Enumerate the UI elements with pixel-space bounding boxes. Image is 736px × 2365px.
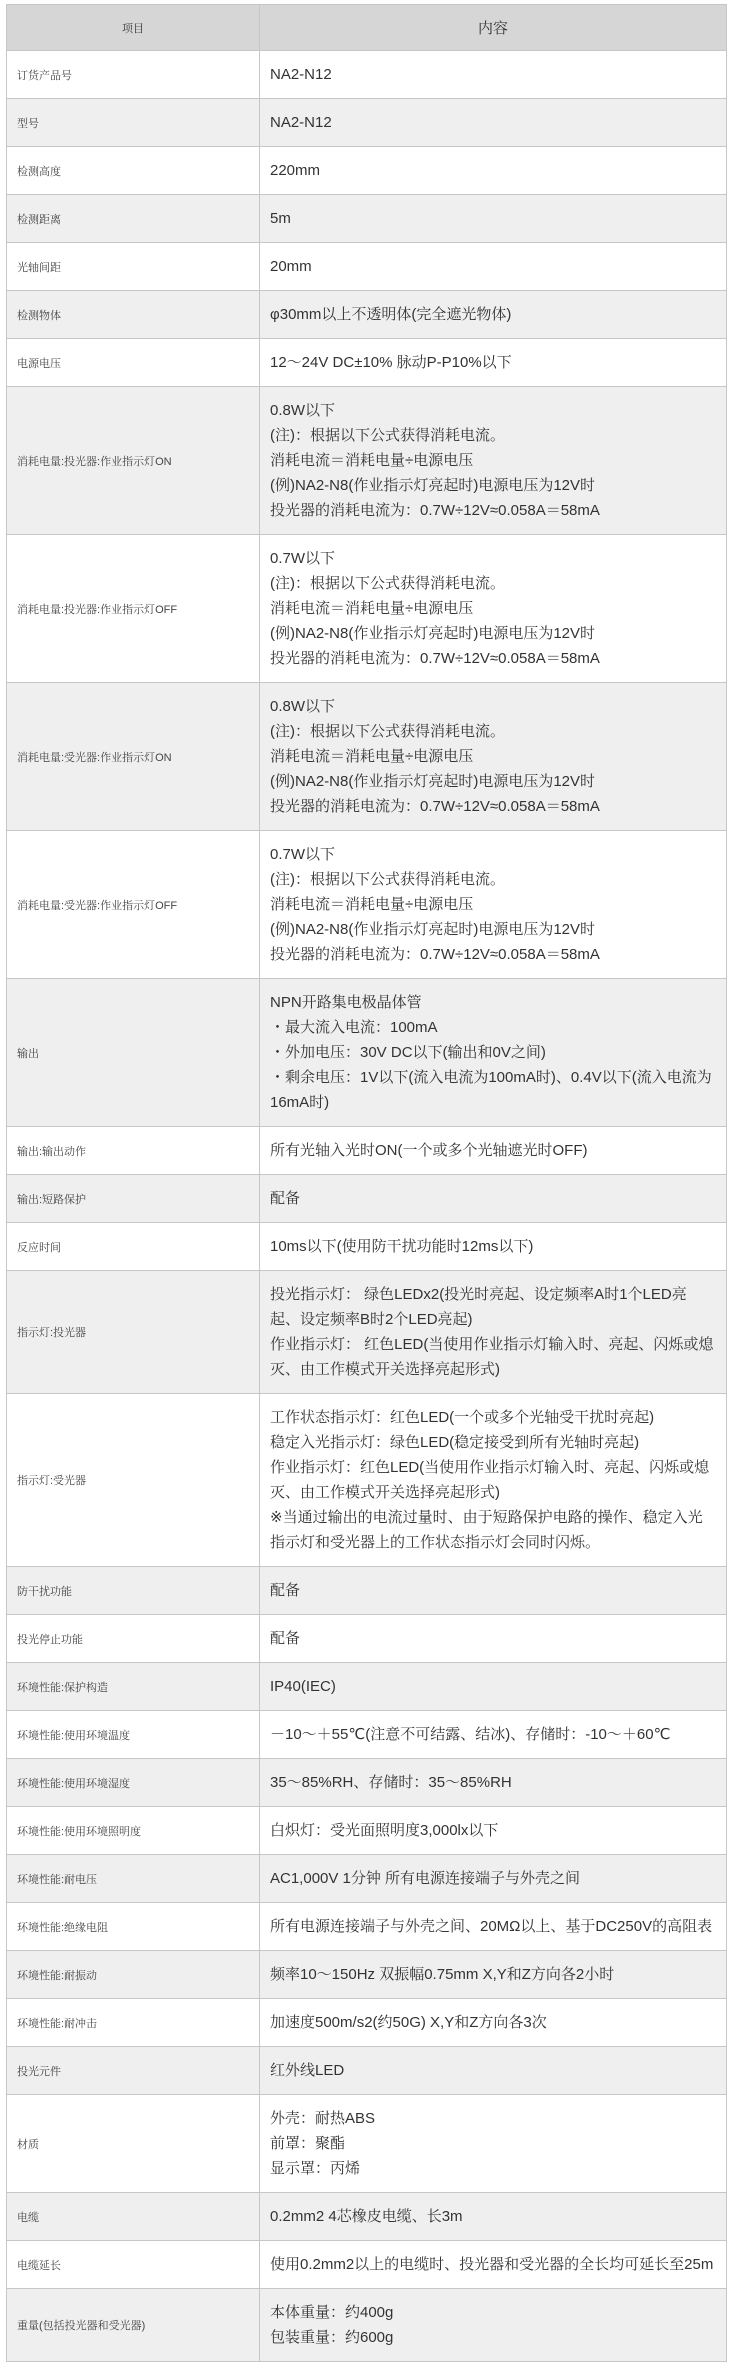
row-value: NA2-N12: [260, 51, 727, 99]
table-row: 电缆延长使用0.2mm2以上的电缆时、投光器和受光器的全长均可延长至25m: [7, 2241, 727, 2289]
spec-table-body: 订货产品号NA2-N12型号NA2-N12检测高度220mm检测距离5m光轴间距…: [7, 51, 727, 2362]
value-line: 所有电源连接端子与外壳之间、20MΩ以上、基于DC250V的高阻表: [270, 1914, 716, 1939]
row-label: 防干扰功能: [7, 1567, 260, 1615]
row-label: 环境性能:耐振动: [7, 1951, 260, 1999]
row-label: 消耗电量:受光器:作业指示灯ON: [7, 683, 260, 831]
value-line: 加速度500m/s2(约50G) X,Y和Z方向各3次: [270, 2010, 716, 2035]
row-value: 红外线LED: [260, 2047, 727, 2095]
row-value: 35～85%RH、存储时：35～85%RH: [260, 1759, 727, 1807]
value-line: (例)NA2-N8(作业指示灯亮起时)电源电压为12V时: [270, 621, 716, 646]
value-line: ・外加电压：30V DC以下(输出和0V之间): [270, 1040, 716, 1065]
value-line: 频率10～150Hz 双振幅0.75mm X,Y和Z方向各2小时: [270, 1962, 716, 1987]
table-row: 光轴间距20mm: [7, 243, 727, 291]
table-row: 消耗电量:受光器:作业指示灯ON0.8W以下(注)：根据以下公式获得消耗电流。消…: [7, 683, 727, 831]
value-line: 35～85%RH、存储时：35～85%RH: [270, 1770, 716, 1795]
table-row: 电源电压12～24V DC±10% 脉动P-P10%以下: [7, 339, 727, 387]
value-line: 投光器的消耗电流为：0.7W÷12V≈0.058A＝58mA: [270, 942, 716, 967]
table-row: 重量(包括投光器和受光器)本体重量：约400g包装重量：约600g: [7, 2289, 727, 2362]
row-value: 工作状态指示灯：红色LED(一个或多个光轴受干扰时亮起)稳定入光指示灯：绿色LE…: [260, 1394, 727, 1567]
table-row: 型号NA2-N12: [7, 99, 727, 147]
row-value: 0.7W以下(注)：根据以下公式获得消耗电流。消耗电流＝消耗电量÷电源电压(例)…: [260, 535, 727, 683]
table-row: 环境性能:绝缘电阻所有电源连接端子与外壳之间、20MΩ以上、基于DC250V的高…: [7, 1903, 727, 1951]
value-line: －10～＋55℃(注意不可结露、结冰)、存储时：-10～＋60℃: [270, 1722, 716, 1747]
table-row: 环境性能:使用环境温度－10～＋55℃(注意不可结露、结冰)、存储时：-10～＋…: [7, 1711, 727, 1759]
table-row: 材质外壳：耐热ABS前罩：聚酯显示罩：丙烯: [7, 2095, 727, 2193]
row-value: 12～24V DC±10% 脉动P-P10%以下: [260, 339, 727, 387]
value-line: AC1,000V 1分钟 所有电源连接端子与外壳之间: [270, 1866, 716, 1891]
row-label: 检测高度: [7, 147, 260, 195]
row-label: 型号: [7, 99, 260, 147]
row-value: 使用0.2mm2以上的电缆时、投光器和受光器的全长均可延长至25m: [260, 2241, 727, 2289]
value-line: 工作状态指示灯：红色LED(一个或多个光轴受干扰时亮起): [270, 1405, 716, 1430]
value-line: (例)NA2-N8(作业指示灯亮起时)电源电压为12V时: [270, 473, 716, 498]
row-label: 指示灯:受光器: [7, 1394, 260, 1567]
row-label: 检测距离: [7, 195, 260, 243]
row-value: 5m: [260, 195, 727, 243]
value-line: NA2-N12: [270, 110, 716, 135]
row-value: NPN开路集电极晶体管・最大流入电流：100mA・外加电压：30V DC以下(输…: [260, 979, 727, 1127]
row-label: 订货产品号: [7, 51, 260, 99]
value-line: (例)NA2-N8(作业指示灯亮起时)电源电压为12V时: [270, 769, 716, 794]
row-label: 输出:短路保护: [7, 1175, 260, 1223]
row-value: 所有光轴入光时ON(一个或多个光轴遮光时OFF): [260, 1127, 727, 1175]
table-row: 消耗电量:受光器:作业指示灯OFF0.7W以下(注)：根据以下公式获得消耗电流。…: [7, 831, 727, 979]
value-line: 0.2mm2 4芯橡皮电缆、长3m: [270, 2204, 716, 2229]
value-line: 显示罩：丙烯: [270, 2156, 716, 2181]
table-row: 检测物体φ30mm以上不透明体(完全遮光物体): [7, 291, 727, 339]
row-value: φ30mm以上不透明体(完全遮光物体): [260, 291, 727, 339]
value-line: 红外线LED: [270, 2058, 716, 2083]
row-value: 外壳：耐热ABS前罩：聚酯显示罩：丙烯: [260, 2095, 727, 2193]
row-label: 消耗电量:投光器:作业指示灯OFF: [7, 535, 260, 683]
value-line: 使用0.2mm2以上的电缆时、投光器和受光器的全长均可延长至25m: [270, 2252, 716, 2277]
value-line: 消耗电流＝消耗电量÷电源电压: [270, 892, 716, 917]
value-line: 12～24V DC±10% 脉动P-P10%以下: [270, 350, 716, 375]
row-label: 电缆延长: [7, 2241, 260, 2289]
value-line: 包装重量：约600g: [270, 2325, 716, 2350]
table-row: 消耗电量:投光器:作业指示灯ON0.8W以下(注)：根据以下公式获得消耗电流。消…: [7, 387, 727, 535]
value-line: (注)：根据以下公式获得消耗电流。: [270, 571, 716, 596]
table-row: 环境性能:使用环境照明度白炽灯：受光面照明度3,000lx以下: [7, 1807, 727, 1855]
row-label: 环境性能:耐电压: [7, 1855, 260, 1903]
value-line: 消耗电流＝消耗电量÷电源电压: [270, 744, 716, 769]
table-row: 环境性能:使用环境湿度35～85%RH、存储时：35～85%RH: [7, 1759, 727, 1807]
table-row: 环境性能:耐电压AC1,000V 1分钟 所有电源连接端子与外壳之间: [7, 1855, 727, 1903]
row-value: 20mm: [260, 243, 727, 291]
row-label: 输出:输出动作: [7, 1127, 260, 1175]
value-line: 投光指示灯： 绿色LEDx2(投光时亮起、设定频率A时1个LED亮起、设定频率B…: [270, 1282, 716, 1332]
row-label: 输出: [7, 979, 260, 1127]
value-line: 10ms以下(使用防干扰功能时12ms以下): [270, 1234, 716, 1259]
row-label: 重量(包括投光器和受光器): [7, 2289, 260, 2362]
table-row: 输出NPN开路集电极晶体管・最大流入电流：100mA・外加电压：30V DC以下…: [7, 979, 727, 1127]
row-label: 环境性能:使用环境湿度: [7, 1759, 260, 1807]
row-label: 检测物体: [7, 291, 260, 339]
value-line: 配备: [270, 1186, 716, 1211]
row-value: NA2-N12: [260, 99, 727, 147]
value-line: 作业指示灯： 红色LED(当使用作业指示灯输入时、亮起、闪烁或熄灭、由工作模式开…: [270, 1332, 716, 1382]
row-value: IP40(IEC): [260, 1663, 727, 1711]
value-line: (注)：根据以下公式获得消耗电流。: [270, 423, 716, 448]
row-value: 10ms以下(使用防干扰功能时12ms以下): [260, 1223, 727, 1271]
value-line: 20mm: [270, 254, 716, 279]
value-line: 0.8W以下: [270, 694, 716, 719]
row-value: 配备: [260, 1175, 727, 1223]
value-line: 0.7W以下: [270, 842, 716, 867]
row-label: 电源电压: [7, 339, 260, 387]
table-row: 输出:短路保护配备: [7, 1175, 727, 1223]
value-line: 作业指示灯：红色LED(当使用作业指示灯输入时、亮起、闪烁或熄灭、由工作模式开关…: [270, 1455, 716, 1505]
row-label: 光轴间距: [7, 243, 260, 291]
value-line: 5m: [270, 206, 716, 231]
value-line: NPN开路集电极晶体管: [270, 990, 716, 1015]
row-value: 所有电源连接端子与外壳之间、20MΩ以上、基于DC250V的高阻表: [260, 1903, 727, 1951]
row-label: 反应时间: [7, 1223, 260, 1271]
value-line: 投光器的消耗电流为：0.7W÷12V≈0.058A＝58mA: [270, 794, 716, 819]
row-value: 0.8W以下(注)：根据以下公式获得消耗电流。消耗电流＝消耗电量÷电源电压(例)…: [260, 387, 727, 535]
value-line: ※当通过输出的电流过量时、由于短路保护电路的操作、稳定入光指示灯和受光器上的工作…: [270, 1505, 716, 1555]
value-line: (例)NA2-N8(作业指示灯亮起时)电源电压为12V时: [270, 917, 716, 942]
value-line: 配备: [270, 1626, 716, 1651]
row-value: 220mm: [260, 147, 727, 195]
row-label: 电缆: [7, 2193, 260, 2241]
row-value: 本体重量：约400g包装重量：约600g: [260, 2289, 727, 2362]
value-line: 本体重量：约400g: [270, 2300, 716, 2325]
row-label: 指示灯:投光器: [7, 1271, 260, 1394]
header-row: 项目 内容: [7, 5, 727, 51]
row-label: 环境性能:保护构造: [7, 1663, 260, 1711]
row-value: 频率10～150Hz 双振幅0.75mm X,Y和Z方向各2小时: [260, 1951, 727, 1999]
value-line: IP40(IEC): [270, 1674, 716, 1699]
row-value: 0.8W以下(注)：根据以下公式获得消耗电流。消耗电流＝消耗电量÷电源电压(例)…: [260, 683, 727, 831]
row-value: 0.7W以下(注)：根据以下公式获得消耗电流。消耗电流＝消耗电量÷电源电压(例)…: [260, 831, 727, 979]
value-line: 消耗电流＝消耗电量÷电源电压: [270, 596, 716, 621]
table-row: 输出:输出动作所有光轴入光时ON(一个或多个光轴遮光时OFF): [7, 1127, 727, 1175]
row-value: 配备: [260, 1567, 727, 1615]
value-line: φ30mm以上不透明体(完全遮光物体): [270, 302, 716, 327]
value-line: 220mm: [270, 158, 716, 183]
value-line: 投光器的消耗电流为：0.7W÷12V≈0.058A＝58mA: [270, 498, 716, 523]
value-line: 0.7W以下: [270, 546, 716, 571]
row-value: 配备: [260, 1615, 727, 1663]
table-row: 投光停止功能配备: [7, 1615, 727, 1663]
table-row: 检测高度220mm: [7, 147, 727, 195]
spec-table: 项目 内容 订货产品号NA2-N12型号NA2-N12检测高度220mm检测距离…: [6, 4, 727, 2362]
row-label: 材质: [7, 2095, 260, 2193]
value-line: NA2-N12: [270, 62, 716, 87]
value-line: 投光器的消耗电流为：0.7W÷12V≈0.058A＝58mA: [270, 646, 716, 671]
row-value: 加速度500m/s2(约50G) X,Y和Z方向各3次: [260, 1999, 727, 2047]
row-label: 环境性能:绝缘电阻: [7, 1903, 260, 1951]
table-row: 指示灯:受光器工作状态指示灯：红色LED(一个或多个光轴受干扰时亮起)稳定入光指…: [7, 1394, 727, 1567]
table-row: 消耗电量:投光器:作业指示灯OFF0.7W以下(注)：根据以下公式获得消耗电流。…: [7, 535, 727, 683]
row-value: 白炽灯：受光面照明度3,000lx以下: [260, 1807, 727, 1855]
value-line: (注)：根据以下公式获得消耗电流。: [270, 719, 716, 744]
table-row: 检测距离5m: [7, 195, 727, 243]
table-row: 投光元件红外线LED: [7, 2047, 727, 2095]
value-line: 稳定入光指示灯：绿色LED(稳定接受到所有光轴时亮起): [270, 1430, 716, 1455]
row-label: 环境性能:耐冲击: [7, 1999, 260, 2047]
header-content: 内容: [260, 5, 727, 51]
header-item: 项目: [7, 5, 260, 51]
value-line: 外壳：耐热ABS: [270, 2106, 716, 2131]
value-line: 0.8W以下: [270, 398, 716, 423]
table-row: 反应时间10ms以下(使用防干扰功能时12ms以下): [7, 1223, 727, 1271]
table-row: 电缆0.2mm2 4芯橡皮电缆、长3m: [7, 2193, 727, 2241]
table-row: 防干扰功能配备: [7, 1567, 727, 1615]
table-row: 环境性能:耐振动频率10～150Hz 双振幅0.75mm X,Y和Z方向各2小时: [7, 1951, 727, 1999]
row-value: AC1,000V 1分钟 所有电源连接端子与外壳之间: [260, 1855, 727, 1903]
value-line: 消耗电流＝消耗电量÷电源电压: [270, 448, 716, 473]
row-label: 环境性能:使用环境照明度: [7, 1807, 260, 1855]
table-row: 环境性能:保护构造IP40(IEC): [7, 1663, 727, 1711]
row-value: －10～＋55℃(注意不可结露、结冰)、存储时：-10～＋60℃: [260, 1711, 727, 1759]
row-label: 投光停止功能: [7, 1615, 260, 1663]
row-label: 消耗电量:投光器:作业指示灯ON: [7, 387, 260, 535]
value-line: 配备: [270, 1578, 716, 1603]
value-line: ・剩余电压：1V以下(流入电流为100mA时)、0.4V以下(流入电流为16mA…: [270, 1065, 716, 1115]
row-label: 环境性能:使用环境温度: [7, 1711, 260, 1759]
table-row: 订货产品号NA2-N12: [7, 51, 727, 99]
table-row: 指示灯:投光器投光指示灯： 绿色LEDx2(投光时亮起、设定频率A时1个LED亮…: [7, 1271, 727, 1394]
row-label: 消耗电量:受光器:作业指示灯OFF: [7, 831, 260, 979]
value-line: 前罩：聚酯: [270, 2131, 716, 2156]
value-line: ・最大流入电流：100mA: [270, 1015, 716, 1040]
table-row: 环境性能:耐冲击加速度500m/s2(约50G) X,Y和Z方向各3次: [7, 1999, 727, 2047]
value-line: 白炽灯：受光面照明度3,000lx以下: [270, 1818, 716, 1843]
row-value: 投光指示灯： 绿色LEDx2(投光时亮起、设定频率A时1个LED亮起、设定频率B…: [260, 1271, 727, 1394]
row-label: 投光元件: [7, 2047, 260, 2095]
row-value: 0.2mm2 4芯橡皮电缆、长3m: [260, 2193, 727, 2241]
value-line: 所有光轴入光时ON(一个或多个光轴遮光时OFF): [270, 1138, 716, 1163]
value-line: (注)：根据以下公式获得消耗电流。: [270, 867, 716, 892]
